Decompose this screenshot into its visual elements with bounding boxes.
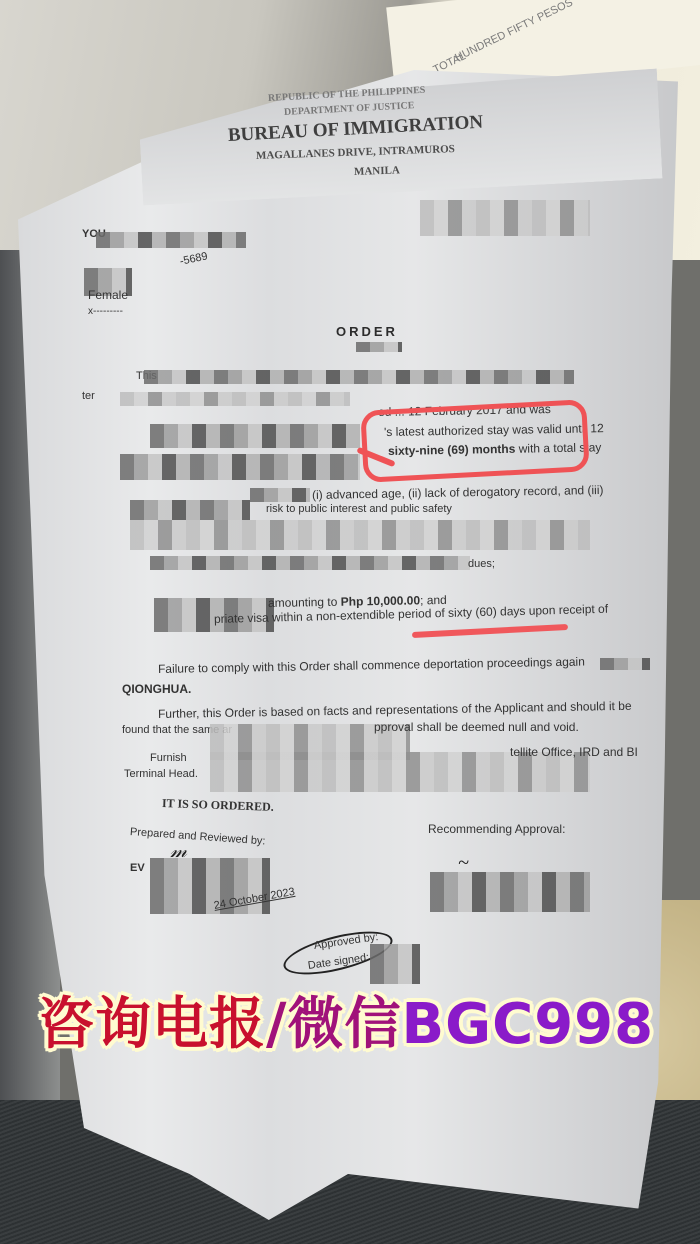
order-line-risk: risk to public interest and public safet… [266,503,452,515]
order-terminal: Terminal Head. [124,768,198,780]
order-failure-name: QIONGHUA. [122,682,191,696]
intro-fragment-2: ter [82,390,95,402]
redaction [150,424,360,448]
recipient-sex: Female [88,288,128,302]
redaction [430,872,590,912]
photo-scene: HUNDRED FIFTY PESOS TOTAL REPUBLIC OF TH… [0,0,700,1244]
redaction [600,658,650,670]
red-circle-annotation [360,399,589,483]
order-furnish-post: tellite Office, IRD and BI [510,745,638,759]
order-further-line2-post: pproval shall be deemed null and void. [374,720,579,734]
recipient-extra: x--------- [88,306,123,317]
fine-pre: amounting to [268,595,341,610]
redaction [120,392,350,406]
redaction [130,500,250,520]
redaction [130,520,590,550]
preparer-initial: EV [130,862,145,874]
contact-overlay-banner: 咨询电报/微信BGC998 [38,980,654,1060]
banner-cn2: 微信 [287,992,401,1057]
order-title: ORDER [336,324,398,339]
redaction [120,454,360,480]
banner-cn1: 咨询电报 [38,992,266,1057]
redaction [420,200,590,236]
banner-separator: / [266,992,287,1057]
redaction [96,232,246,248]
order-line-dues: dues; [468,558,495,570]
letterhead-city: MANILA [354,164,400,178]
redaction [370,944,420,984]
redaction [150,858,270,914]
order-recommending: Recommending Approval: [428,822,565,836]
redaction [250,488,310,502]
redaction [150,556,470,570]
banner-contact-id: BGC998 [401,992,654,1057]
receipt-text: HUNDRED FIFTY PESOS [453,0,575,64]
redaction [144,370,574,384]
order-furnish: Furnish [150,752,187,764]
redaction [356,342,402,352]
